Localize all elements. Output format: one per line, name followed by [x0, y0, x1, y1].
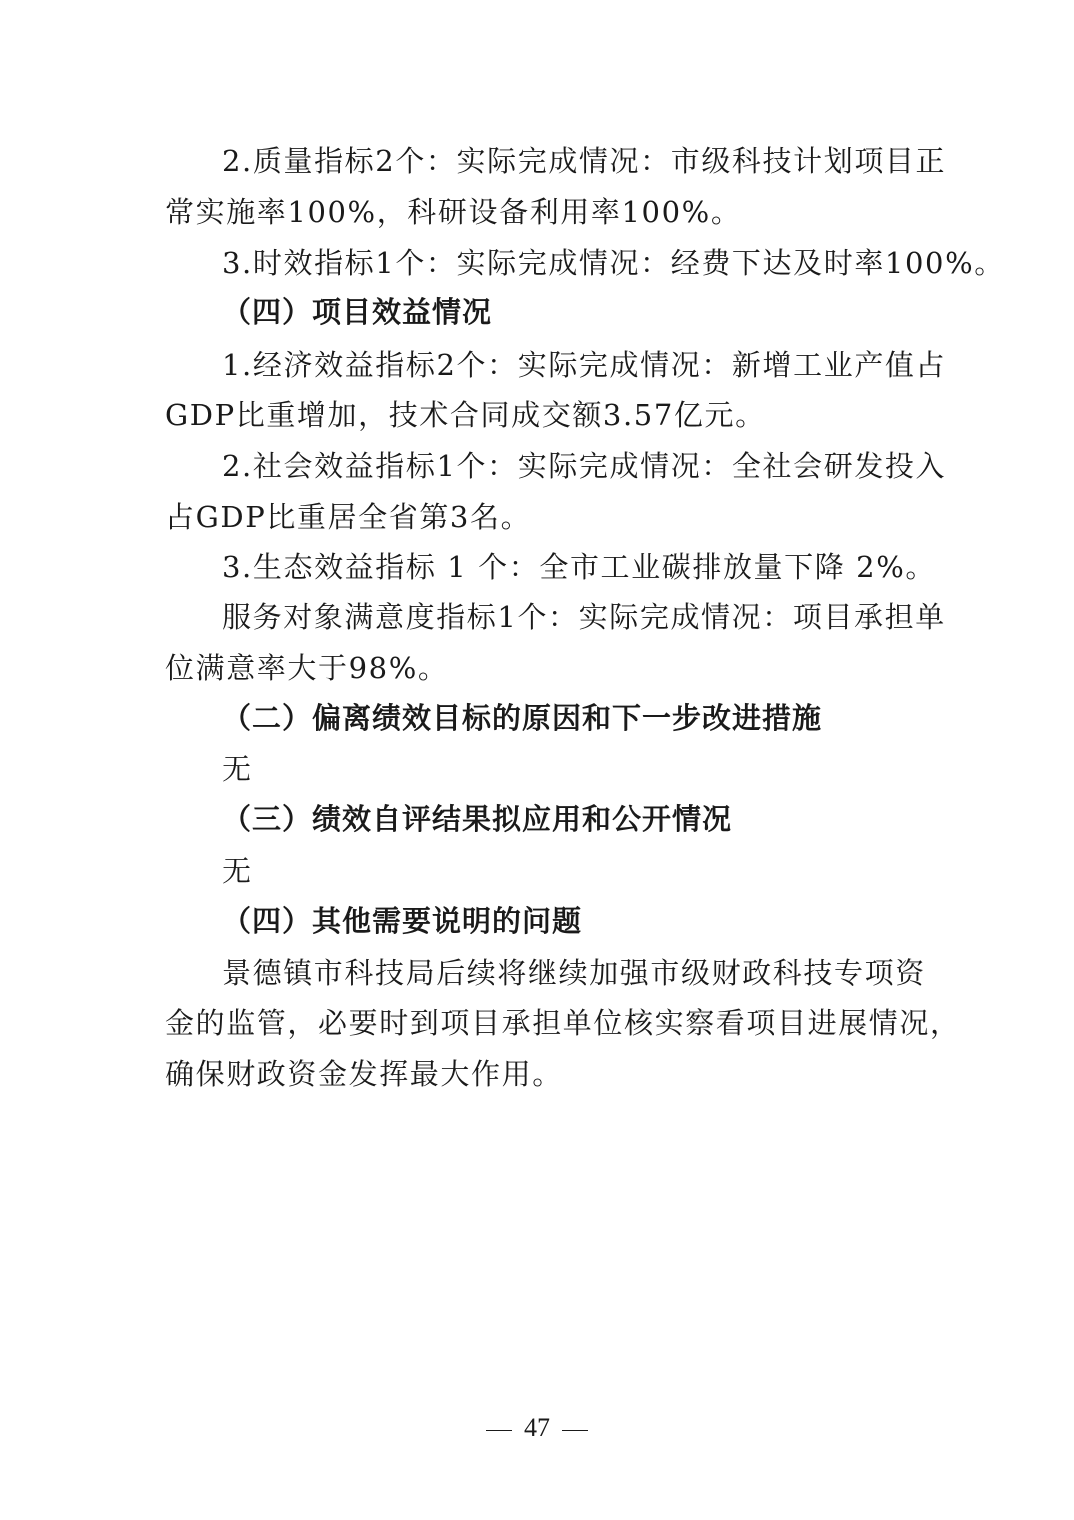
satisfaction-indicator-line-2: 位满意率大于98%。: [165, 650, 448, 686]
section-heading-project-benefits: （四）项目效益情况: [222, 294, 492, 330]
social-benefit-line-2: 占GDP比重居全省第3名。: [165, 499, 531, 535]
economic-benefit-line-1: 1.经济效益指标2个：实际完成情况：新增工业产值占: [222, 347, 910, 383]
document-page: 2.质量指标2个：实际完成情况：市级科技计划项目正 常实施率100%，科研设备利…: [0, 0, 1074, 1520]
section-heading-self-evaluation: （三）绩效自评结果拟应用和公开情况: [222, 801, 732, 837]
section-heading-other-issues: （四）其他需要说明的问题: [222, 903, 582, 939]
satisfaction-indicator-line-1: 服务对象满意度指标1个：实际完成情况：项目承担单: [222, 599, 910, 635]
other-issues-line-2: 金的监管，必要时到项目承担单位核实察看项目进展情况，: [165, 1005, 910, 1041]
timeliness-indicator-line: 3.时效指标1个：实际完成情况：经费下达及时率100%。: [222, 245, 1005, 281]
page-number: 47: [524, 1413, 550, 1442]
economic-benefit-line-2: GDP比重增加，技术合同成交额3.57亿元。: [165, 397, 766, 433]
social-benefit-line-1: 2.社会效益指标1个：实际完成情况：全社会研发投入: [222, 448, 910, 484]
page-footer: 47: [0, 1411, 1074, 1445]
other-issues-line-1: 景德镇市科技局后续将继续加强市级财政科技专项资: [222, 955, 910, 991]
quality-indicator-line-2: 常实施率100%，科研设备利用率100%。: [165, 194, 741, 230]
ecological-benefit-line: 3.生态效益指标 1 个：全市工业碳排放量下降 2%。: [222, 549, 936, 585]
other-issues-line-3: 确保财政资金发挥最大作用。: [165, 1056, 563, 1092]
left-dash: [486, 1430, 512, 1431]
section-heading-deviation-reasons: （二）偏离绩效目标的原因和下一步改进措施: [222, 700, 822, 736]
right-dash: [562, 1430, 588, 1431]
quality-indicator-line-1: 2.质量指标2个：实际完成情况：市级科技计划项目正: [222, 143, 910, 179]
self-evaluation-body: 无: [222, 853, 253, 889]
deviation-reasons-body: 无: [222, 751, 253, 787]
